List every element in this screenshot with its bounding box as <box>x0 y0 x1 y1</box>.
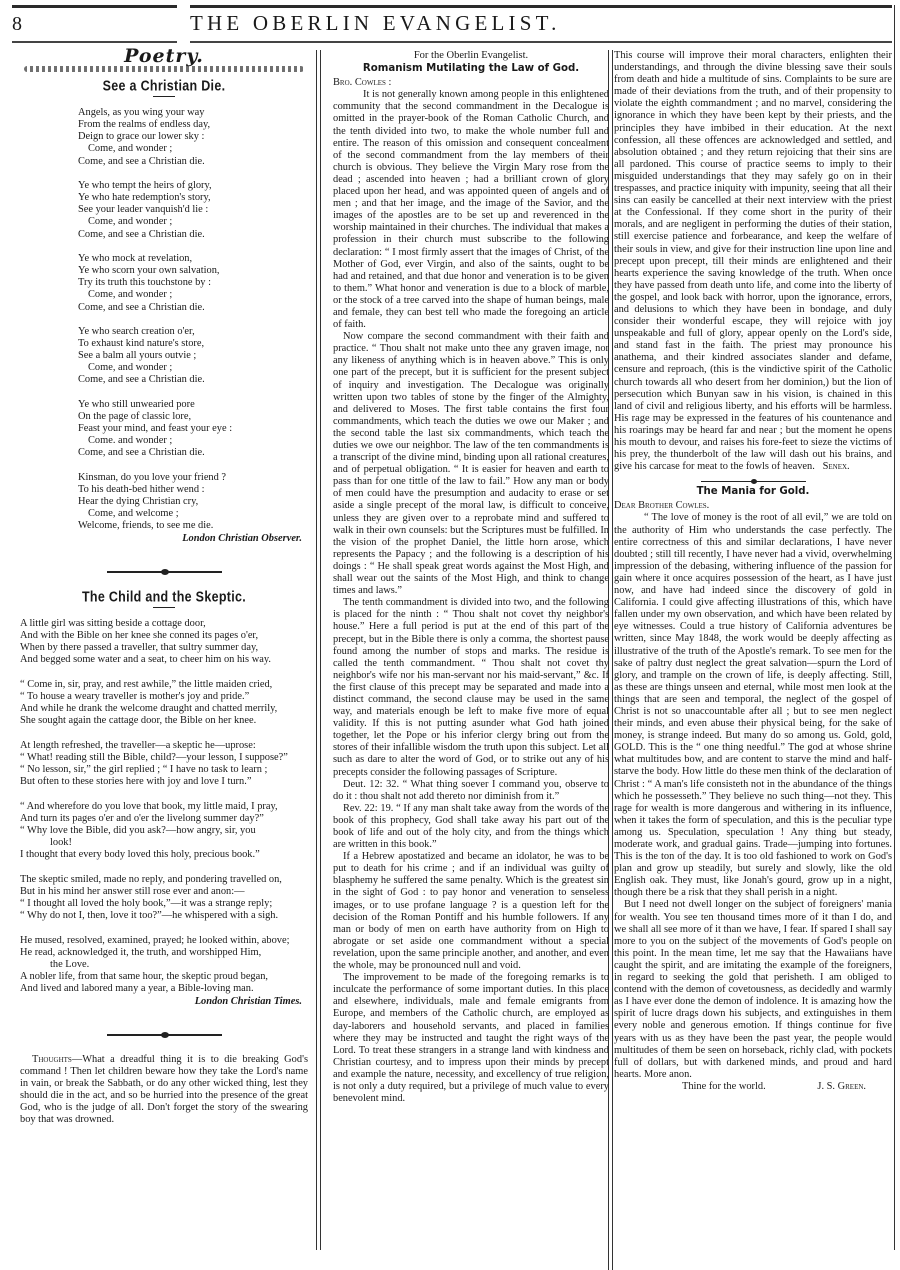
article-title: Romanism Mutilating the Law of God. <box>333 63 609 75</box>
closing-phrase: Thine for the world. <box>682 1081 766 1093</box>
article-continuation: This course will improve their moral cha… <box>614 50 892 473</box>
verse-line: And while he drank the welcome draught a… <box>20 703 308 715</box>
verse-line: Come, and see a Christian die. <box>78 374 308 386</box>
verse-line: And begged some water and a seat, to che… <box>20 654 308 666</box>
newspaper-title: THE OBERLIN EVANGELIST. <box>190 11 561 36</box>
article-paragraph: But I need not dwell longer on the subje… <box>614 899 892 1080</box>
verse-line: Feast your mind, and feast your eye : <box>78 423 308 435</box>
stanza: At length refreshed, the traveller—a ske… <box>20 740 308 788</box>
verse-line: Come, and see a Christian die. <box>78 302 308 314</box>
verse-line: Ye who tempt the heirs of glory, <box>78 180 308 192</box>
verse-line: And with the Bible on her knee she conne… <box>20 630 308 642</box>
article-paragraph: Now compare the second commandment with … <box>333 331 609 597</box>
verse-line: See your leader vanquish'd lie : <box>78 204 308 216</box>
verse-line: Come, and see a Christian die. <box>78 156 308 168</box>
verse-line: Come, and welcome ; <box>78 508 308 520</box>
ornamental-divider <box>701 481 806 482</box>
verse-line: Come, and see a Christian die. <box>78 229 308 241</box>
ornamental-divider <box>107 1034 222 1036</box>
verse-line: the Love. <box>20 959 308 971</box>
verse-line: Come, and wonder ; <box>78 362 308 374</box>
scripture-quote: Deut. 12: 32. “ What thing soever I comm… <box>333 779 609 803</box>
verse-line: “ Why do not I, then, love it too?”—he w… <box>20 910 308 922</box>
verse-line: “ And wherefore do you love that book, m… <box>20 801 308 813</box>
stanza: A little girl was sitting beside a cotta… <box>20 618 308 666</box>
verse-line: Ye who hate redemption's story, <box>78 192 308 204</box>
verse-line: And lived and labored many a year, a Bib… <box>20 983 308 995</box>
stanza: Ye who search creation o'er, To exhaust … <box>78 326 308 386</box>
masthead: 8 THE OBERLIN EVANGELIST. <box>0 0 900 46</box>
column-romanism-article: For the Oberlin Evangelist. Romanism Mut… <box>333 50 609 1105</box>
verse-line: When by there passed a traveller, that s… <box>20 642 308 654</box>
verse-line: And turn its pages o'er and o'er the liv… <box>20 813 308 825</box>
verse-line: Come, and see a Christian die. <box>78 447 308 459</box>
verse-line: He read, acknowledged it, the truth, and… <box>20 947 308 959</box>
verse-line: On the page of classic lore, <box>78 411 308 423</box>
verse-line: But often to these stories here with joy… <box>20 776 308 788</box>
poem-title: The Child and the Skeptic. <box>20 590 308 604</box>
verse-line: Try its truth this touchstone by : <box>78 277 308 289</box>
article-salutation: Dear Brother Cowles. <box>614 500 892 512</box>
verse-line: Ye who mock at revelation, <box>78 253 308 265</box>
stanza: Ye who tempt the heirs of glory, Ye who … <box>78 180 308 240</box>
thoughts-lead: Thoughts <box>32 1054 72 1065</box>
verse-line: To exhaust kind nature's store, <box>78 338 308 350</box>
article-paragraph: The improvement to be made of the forego… <box>333 972 609 1105</box>
stanza: The skeptic smiled, made no reply, and p… <box>20 874 308 922</box>
verse-line: “ What! reading still the Bible, child?—… <box>20 752 308 764</box>
page-border <box>894 5 895 1250</box>
verse-line: At length refreshed, the traveller—a ske… <box>20 740 308 752</box>
verse-line: Come, and wonder ; <box>78 143 308 155</box>
verse-line: To his death-bed hither wend : <box>78 484 308 496</box>
masthead-rule <box>190 41 892 43</box>
verse-line: Hear the dying Christian cry, <box>78 496 308 508</box>
verse-line: Ye who scorn your own salvation, <box>78 265 308 277</box>
stanza: He mused, resolved, examined, prayed; he… <box>20 935 308 995</box>
article-paragraph: “ The love of money is the root of all e… <box>614 512 892 899</box>
verse-line: “ I thought all loved the holy book,”—it… <box>20 898 308 910</box>
verse-line: Angels, as you wing your way <box>78 107 308 119</box>
verse-line: He mused, resolved, examined, prayed; he… <box>20 935 308 947</box>
verse-line: Ye who search creation o'er, <box>78 326 308 338</box>
verse-line: See a balm all yours outvie ; <box>78 350 308 362</box>
stanza: “ Come in, sir, pray, and rest awhile,” … <box>20 679 308 727</box>
verse-line: I thought that every body loved this hol… <box>20 849 308 861</box>
stanza: Angels, as you wing your way From the re… <box>78 107 308 167</box>
column-continuation-and-gold: This course will improve their moral cha… <box>614 50 892 1093</box>
verse-line: The skeptic smiled, made no reply, and p… <box>20 874 308 886</box>
verse-line: Ye who still unwearied pore <box>78 399 308 411</box>
verse-line: Come, and wonder ; <box>78 289 308 301</box>
article-dedication: For the Oberlin Evangelist. <box>333 50 609 62</box>
verse-line: look! <box>20 837 308 849</box>
column-poetry: Poetry. See a Christian Die. Angels, as … <box>20 50 308 1126</box>
verse-line: Come, and wonder ; <box>78 216 308 228</box>
verse-line: Deign to grace our lower sky : <box>78 131 308 143</box>
verse-line: Welcome, friends, to see me die. <box>78 520 308 532</box>
title-rule <box>153 607 175 608</box>
page-number: 8 <box>12 13 23 36</box>
poem-credit: London Christian Times. <box>20 996 302 1008</box>
poem-title: See a Christian Die. <box>20 79 308 93</box>
masthead-rule <box>12 5 177 8</box>
continuation-signature: Senex. <box>823 461 850 472</box>
verse-line: She sought again the cattage door, the B… <box>20 715 308 727</box>
wavy-divider <box>24 66 304 72</box>
article-closing: Thine for the world. J. S. Green. <box>614 1081 892 1093</box>
section-heading-poetry: Poetry. <box>20 50 308 62</box>
title-rule <box>153 96 175 97</box>
poem-credit: London Christian Observer. <box>20 533 302 545</box>
verse-line: A little girl was sitting beside a cotta… <box>20 618 308 630</box>
continuation-text: This course will improve their moral cha… <box>614 50 892 472</box>
verse-line: A nobler life, from that same hour, the … <box>20 971 308 983</box>
verse-line: “ Come in, sir, pray, and rest awhile,” … <box>20 679 308 691</box>
masthead-rule <box>12 41 177 43</box>
article-salutation: Bro. Cowles : <box>333 77 609 89</box>
verse-line: “ Why love the Bible, did you ask?—how a… <box>20 825 308 837</box>
poem-see-a-christian-die: Angels, as you wing your way From the re… <box>20 107 308 545</box>
ornamental-divider <box>107 571 222 573</box>
stanza: Ye who mock at revelation, Ye who scorn … <box>78 253 308 313</box>
article-paragraph: The tenth commandment is divided into tw… <box>333 597 609 778</box>
verse-line: But in his mind her answer still rose ev… <box>20 886 308 898</box>
verse-line: “ No lesson, sir,” the girl replied ; “ … <box>20 764 308 776</box>
verse-line: “ To house a weary traveller is mother's… <box>20 691 308 703</box>
scripture-quote: Rev. 22: 19. “ If any man shalt take awa… <box>333 803 609 851</box>
poem-child-and-skeptic: A little girl was sitting beside a cotta… <box>20 618 308 1008</box>
author-signature: J. S. Green. <box>817 1081 866 1093</box>
article-paragraph: If a Hebrew apostatized and became an id… <box>333 851 609 972</box>
verse-line: Kinsman, do you love your friend ? <box>78 472 308 484</box>
stanza: “ And wherefore do you love that book, m… <box>20 801 308 861</box>
article-paragraph: It is not generally known among people i… <box>333 89 609 331</box>
masthead-rule <box>190 5 892 8</box>
verse-line: Come. and wonder ; <box>78 435 308 447</box>
stanza: Kinsman, do you love your friend ? To hi… <box>78 472 308 532</box>
thoughts-paragraph: Thoughts—What a dreadful thing it is to … <box>20 1054 308 1127</box>
verse-line: From the realms of endless day, <box>78 119 308 131</box>
stanza: Ye who still unwearied pore On the page … <box>78 399 308 459</box>
article-title: The Mania for Gold. <box>614 486 892 498</box>
column-divider <box>316 50 321 1250</box>
